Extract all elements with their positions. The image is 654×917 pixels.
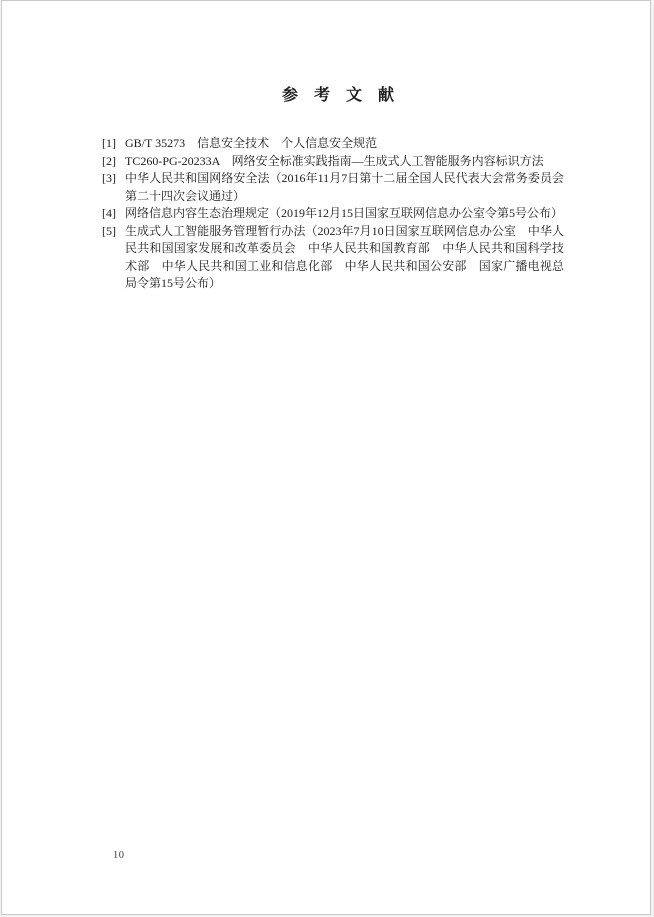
reference-marker: [2]	[102, 153, 116, 171]
reference-marker: [1]	[102, 135, 116, 153]
reference-text: TC260-PG-20233A 网络安全标准实践指南—生成式人工智能服务内容标识…	[125, 154, 544, 168]
page-content: 参 考 文 献 [1] GB/T 35273 信息安全技术 个人信息安全规范 […	[2, 1, 650, 293]
reference-text: 中华人民共和国网络安全法（2016年11月7日第十二届全国人民代表大会常务委员会…	[125, 171, 564, 203]
page-number: 10	[113, 850, 125, 861]
reference-item: [3] 中华人民共和国网络安全法（2016年11月7日第十二届全国人民代表大会常…	[102, 170, 564, 205]
reference-item: [2] TC260-PG-20233A 网络安全标准实践指南—生成式人工智能服务…	[102, 153, 564, 171]
reference-marker: [5]	[102, 223, 116, 241]
reference-text: 网络信息内容生态治理规定（2019年12月15日国家互联网信息办公室令第5号公布…	[125, 206, 563, 220]
reference-marker: [4]	[102, 205, 116, 223]
reference-marker: [3]	[102, 170, 116, 188]
reference-text: 生成式人工智能服务管理暂行办法（2023年7月10日国家互联网信息办公室 中华人…	[125, 224, 564, 291]
reference-list: [1] GB/T 35273 信息安全技术 个人信息安全规范 [2] TC260…	[102, 135, 564, 293]
reference-item: [4] 网络信息内容生态治理规定（2019年12月15日国家互联网信息办公室令第…	[102, 205, 564, 223]
reference-item: [1] GB/T 35273 信息安全技术 个人信息安全规范	[102, 135, 564, 153]
reference-item: [5] 生成式人工智能服务管理暂行办法（2023年7月10日国家互联网信息办公室…	[102, 223, 564, 293]
reference-text: GB/T 35273 信息安全技术 个人信息安全规范	[125, 136, 377, 150]
page-title: 参 考 文 献	[110, 86, 572, 106]
document-page: 参 考 文 献 [1] GB/T 35273 信息安全技术 个人信息安全规范 […	[1, 0, 651, 915]
